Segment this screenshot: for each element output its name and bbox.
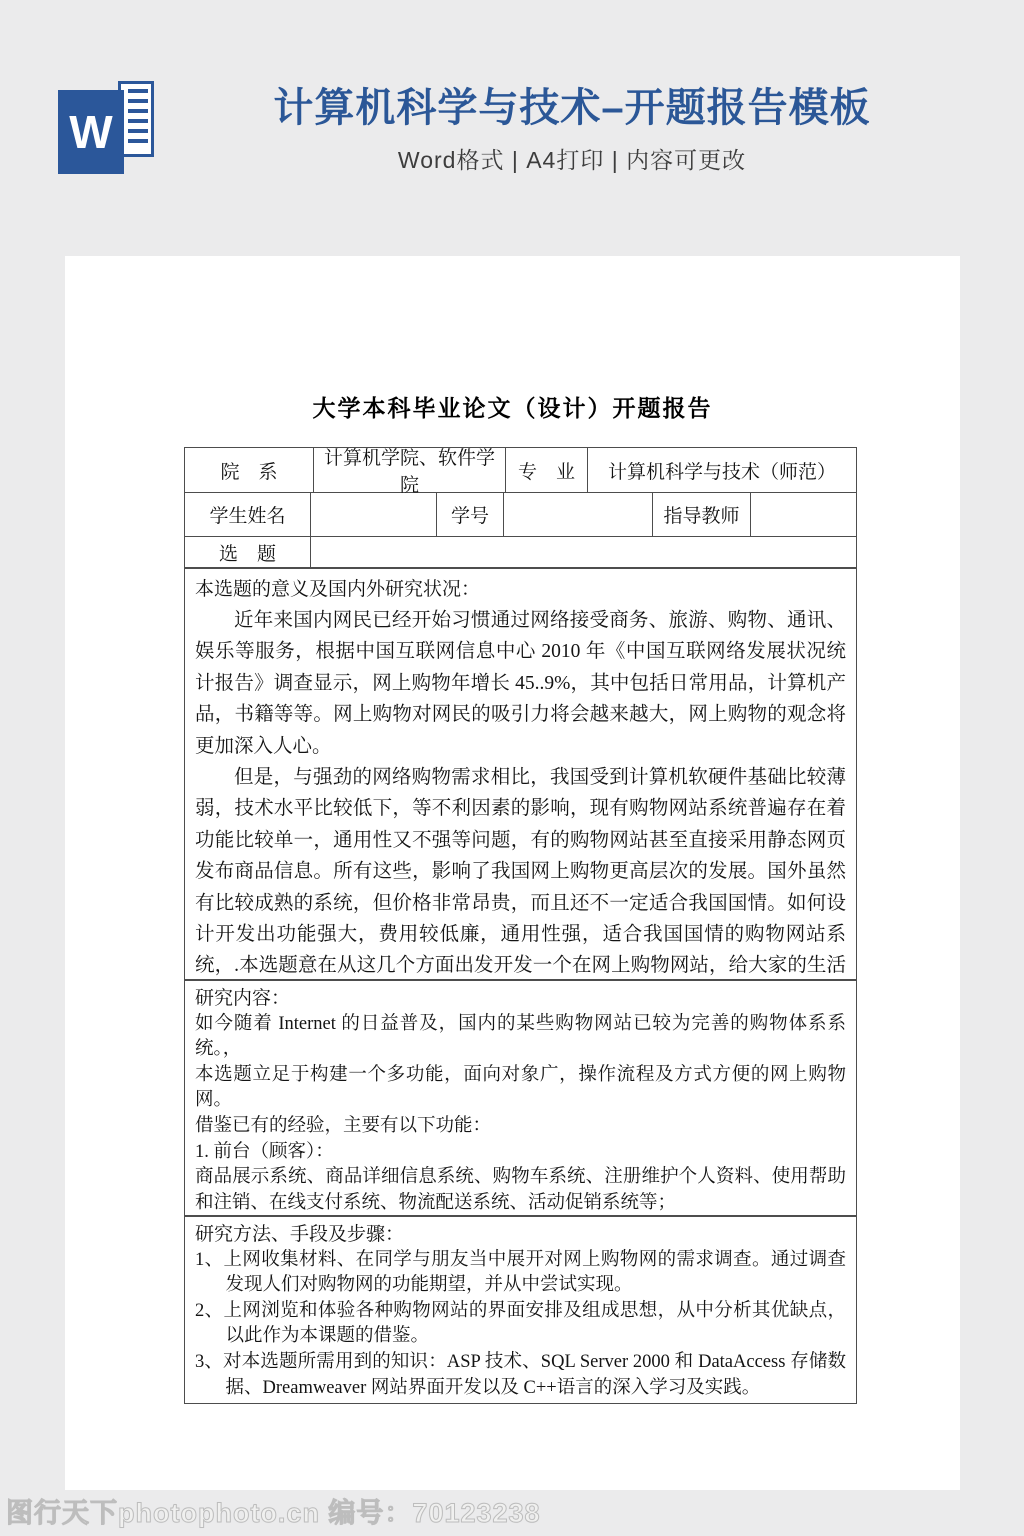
research-method-item: 2、上网浏览和体验各种购物网站的界面安排及组成思想，从中分析其优缺点，以此作为本… — [195, 1299, 846, 1350]
section-research-content: 研究内容： 如今随着 Internet 的日益普及，国内的某些购物网站已较为完善… — [184, 980, 857, 1216]
research-method-item: 3、对本选题所需用到的知识：ASP 技术、SQL Server 2000 和 D… — [195, 1350, 846, 1401]
word-letter: W — [69, 109, 112, 155]
document-content: 院 系 计算机学院、软件学院 专 业 计算机科学与技术（师范） 学生姓名 学号 … — [184, 447, 857, 1404]
template-subtitle: Word格式 | A4打印 | 内容可更改 — [130, 142, 1014, 175]
significance-paragraph: 近年来国内网民已经开始习惯通过网络接受商务、旅游、购物、通讯、娱乐等服务，根据中… — [195, 605, 846, 762]
department-label: 院 系 — [185, 448, 314, 492]
template-title: 计算机科学与技术–开题报告模板 — [130, 84, 1014, 132]
student-id-label: 学号 — [437, 493, 504, 536]
research-content-line: 如今随着 Internet 的日益普及，国内的某些购物网站已较为完善的购物体系系… — [195, 1012, 846, 1063]
site-watermark: 图行天下photophoto.cn 编号：70123238 — [6, 1491, 541, 1530]
research-content-line: 借鉴已有的经验，主要有以下功能： — [195, 1114, 846, 1140]
research-method-item: 1、上网收集材料、在同学与朋友当中展开对网上购物网的需求调查。通过调查发现人们对… — [195, 1248, 846, 1299]
section-significance-heading: 本选题的意义及国内外研究状况： — [195, 574, 846, 605]
section-research-content-heading: 研究内容： — [195, 986, 846, 1012]
topic-value — [311, 537, 856, 567]
advisor-value — [751, 493, 856, 536]
research-content-line: 1. 前台（顾客）： — [195, 1140, 846, 1166]
info-table: 院 系 计算机学院、软件学院 专 业 计算机科学与技术（师范） 学生姓名 学号 … — [184, 447, 857, 568]
table-row-department: 院 系 计算机学院、软件学院 专 业 计算机科学与技术（师范） — [185, 448, 856, 493]
research-content-line: 商品展示系统、商品详细信息系统、购物车系统、注册维护个人资料、使用帮助和注销、在… — [195, 1165, 846, 1216]
document-title: 大学本科毕业论文（设计）开题报告 — [65, 390, 960, 423]
advisor-label: 指导教师 — [653, 493, 751, 536]
significance-paragraph: 但是，与强劲的网络购物需求相比，我国受到计算机软硬件基础比较薄弱，技术水平比较低… — [195, 762, 846, 980]
table-row-student: 学生姓名 学号 指导教师 — [185, 493, 856, 537]
department-value: 计算机学院、软件学院 — [314, 448, 506, 492]
template-header: 计算机科学与技术–开题报告模板 Word格式 | A4打印 | 内容可更改 — [130, 84, 1014, 175]
section-research-methods-heading: 研究方法、手段及步骤： — [195, 1222, 846, 1248]
major-label: 专 业 — [506, 448, 588, 492]
section-significance: 本选题的意义及国内外研究状况： 近年来国内网民已经开始习惯通过网络接受商务、旅游… — [184, 568, 857, 980]
student-id-value — [504, 493, 653, 536]
word-w-badge-icon: W — [58, 90, 124, 174]
topic-label: 选 题 — [185, 537, 311, 567]
student-name-label: 学生姓名 — [185, 493, 311, 536]
section-research-methods: 研究方法、手段及步骤： 1、上网收集材料、在同学与朋友当中展开对网上购物网的需求… — [184, 1216, 857, 1404]
research-content-line: 本选题立足于构建一个多功能，面向对象广，操作流程及方式方便的网上购物网。 — [195, 1063, 846, 1114]
major-value: 计算机科学与技术（师范） — [588, 448, 856, 492]
document-preview-page: 大学本科毕业论文（设计）开题报告 院 系 计算机学院、软件学院 专 业 计算机科… — [65, 256, 960, 1490]
table-row-topic: 选 题 — [185, 537, 856, 568]
student-name-value — [311, 493, 437, 536]
